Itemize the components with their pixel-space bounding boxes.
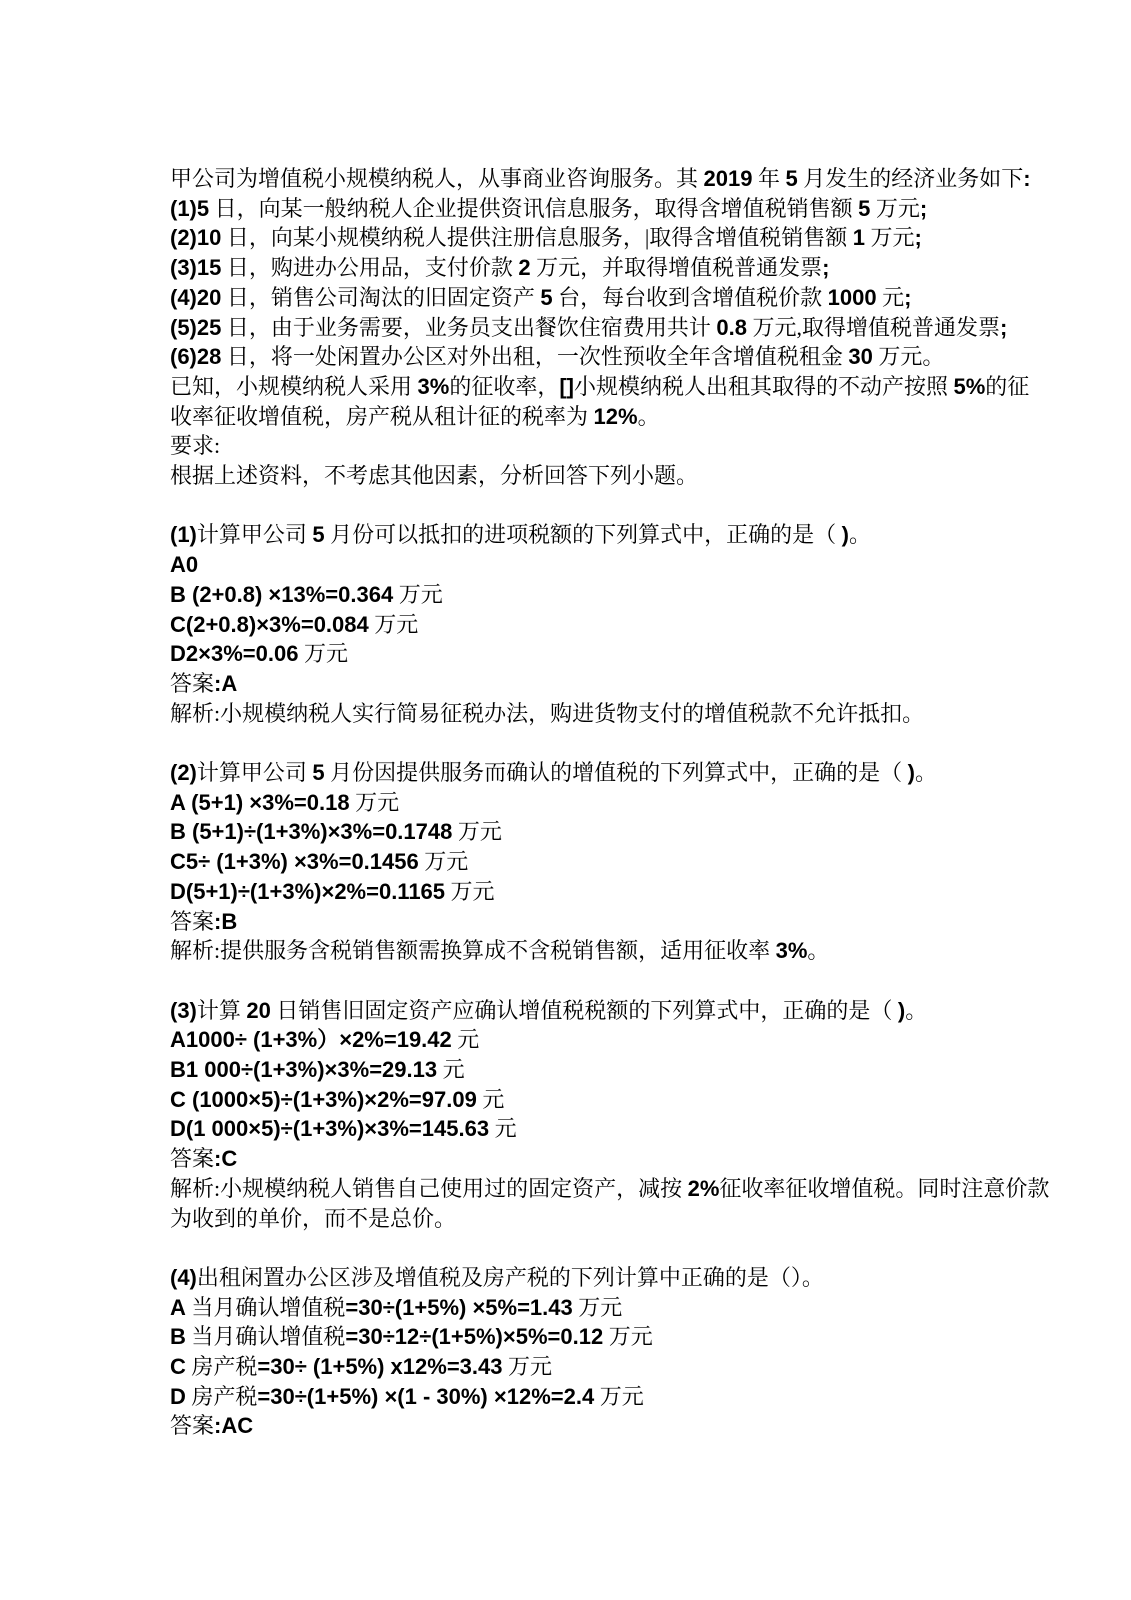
bold-text-run: B1 000÷(1+3%)×3%=29.13	[170, 1057, 437, 1082]
bold-text-run: 5	[785, 166, 797, 191]
bold-text-run: =30÷(1+5%) ×5%=1.43	[345, 1295, 572, 1320]
question-4-option-c: C 房产税=30÷ (1+5%) x12%=3.43 万元	[170, 1352, 970, 1382]
bold-text-run: (1)	[170, 522, 197, 547]
bold-text-run: 1	[853, 225, 865, 250]
bold-text-run: :C	[214, 1146, 237, 1171]
text-run: 当月确认增值税	[186, 1295, 346, 1320]
text-run: 出租闲置办公区涉及增值税及房产税的下列计算中正确的是（）。	[197, 1265, 824, 1290]
question-4-option-b: B 当月确认增值税=30÷12÷(1+5%)×5%=0.12 万元	[170, 1322, 970, 1352]
text-run: 万元	[870, 196, 920, 221]
question-2-option-d: D(5+1)÷(1+3%)×2%=0.1165 万元	[170, 877, 970, 907]
bold-text-run: 2	[518, 255, 530, 280]
bold-text-run: 12%	[594, 404, 638, 429]
text-run: 。	[915, 760, 937, 785]
bold-text-run: 5	[312, 760, 324, 785]
bold-text-run: :	[1023, 166, 1030, 191]
case-background-transaction-3: (3)15 日，购进办公用品，支付价款 2 万元，并取得增值税普通发票;	[170, 253, 970, 283]
bold-text-run: ;	[822, 255, 829, 280]
text-run: 万元	[573, 1295, 623, 1320]
text-run: 日，由于业务需要，业务员支出餐饮住宿费用共计	[221, 315, 716, 340]
case-background: 甲公司为增值税小规模纳税人，从事商业咨询服务。其 2019 年 5 月发生的经济…	[170, 164, 970, 491]
question-2-option-b: B (5+1)÷(1+3%)×3%=0.1748 万元	[170, 817, 970, 847]
question-1-option-c: C(2+0.8)×3%=0.084 万元	[170, 610, 970, 640]
text-run: 元	[437, 1057, 465, 1082]
question-3-explanation-cont: 为收到的单价，而不是总价。	[170, 1204, 970, 1234]
question-3-explanation: 解析:小规模纳税人销售自己使用过的固定资产，减按 2%征收率征收增值税。同时注意…	[170, 1174, 970, 1204]
bold-text-run: D2×3%=0.06	[170, 641, 298, 666]
case-background-requirement-text: 根据上述资料，不考虑其他因素，分析回答下列小题。	[170, 461, 970, 491]
question-4: (4)出租闲置办公区涉及增值税及房产税的下列计算中正确的是（）。A 当月确认增值…	[170, 1263, 970, 1441]
text-run: 已知，小规模纳税人采用	[170, 374, 418, 399]
text-run: 计算	[197, 998, 247, 1023]
text-run: 解析:提供服务含税销售额需换算成不含税销售额，适用征收率	[170, 938, 776, 963]
text-run: 日，购进办公用品，支付价款	[221, 255, 518, 280]
document-page: 甲公司为增值税小规模纳税人，从事商业咨询服务。其 2019 年 5 月发生的经济…	[0, 0, 1131, 1600]
question-4-option-d: D 房产税=30÷(1+5%) ×(1 - 30%) ×12%=2.4 万元	[170, 1382, 970, 1412]
bold-text-run: C(2+0.8)×3%=0.084	[170, 612, 369, 637]
text-run: 答案	[170, 1146, 214, 1171]
text-run: 答案	[170, 671, 214, 696]
bold-text-run: 5	[858, 196, 870, 221]
bold-text-run: (4)	[170, 1265, 197, 1290]
question-1-stem: (1)计算甲公司 5 月份可以抵扣的进项税额的下列算式中，正确的是（ )。	[170, 520, 970, 550]
bold-text-run: 1000	[828, 285, 877, 310]
text-run: 日，向某小规模纳税人提供注册信息服务，|取得含增值税销售额	[221, 225, 852, 250]
text-run: 计算甲公司	[197, 522, 313, 547]
text-run: 万元	[503, 1354, 553, 1379]
bold-text-run: 20	[246, 998, 270, 1023]
question-2: (2)计算甲公司 5 月份因提供服务而确认的增值税的下列算式中，正确的是（ )。…	[170, 758, 970, 966]
bold-text-run: 5	[540, 285, 552, 310]
question-4-stem: (4)出租闲置办公区涉及增值税及房产税的下列计算中正确的是（）。	[170, 1263, 970, 1293]
text-run: 的征	[985, 374, 1029, 399]
bold-text-run: =30÷(1+5%) ×(1 - 30%) ×12%=2.4	[257, 1384, 594, 1409]
bold-text-run: ;	[904, 285, 911, 310]
text-run: 为收到的单价，而不是总价。	[170, 1206, 456, 1231]
bold-text-run: )	[908, 760, 915, 785]
bold-text-run: D(1 000×5)÷(1+3%)×3%=145.63	[170, 1116, 489, 1141]
question-3-answer: 答案:C	[170, 1144, 970, 1174]
bold-text-run: (5)25	[170, 315, 221, 340]
question-4-option-a: A 当月确认增值税=30÷(1+5%) ×5%=1.43 万元	[170, 1293, 970, 1323]
text-run: 万元	[445, 879, 495, 904]
bold-text-run: B (2+0.8) ×13%=0.364	[170, 582, 393, 607]
bold-text-run: 3%	[418, 374, 450, 399]
case-background-transaction-4: (4)20 日，销售公司淘汰的旧固定资产 5 台，每台收到含增值税价款 1000…	[170, 283, 970, 313]
question-2-option-a: A (5+1) ×3%=0.18 万元	[170, 788, 970, 818]
text-run: 万元	[452, 819, 502, 844]
case-background-requirement-label: 要求:	[170, 431, 970, 461]
text-run: 元	[452, 1027, 480, 1052]
case-background-transaction-5: (5)25 日，由于业务需要，业务员支出餐饮住宿费用共计 0.8 万元,取得增值…	[170, 313, 970, 343]
question-1: (1)计算甲公司 5 月份可以抵扣的进项税额的下列算式中，正确的是（ )。A0B…	[170, 520, 970, 728]
bold-text-run: 2%	[688, 1176, 720, 1201]
bold-text-run: ;	[1000, 315, 1007, 340]
text-run: 房产税	[186, 1384, 258, 1409]
question-3-option-b: B1 000÷(1+3%)×3%=29.13 元	[170, 1055, 970, 1085]
bold-text-run: D	[170, 1384, 186, 1409]
case-background-case-intro: 甲公司为增值税小规模纳税人，从事商业咨询服务。其 2019 年 5 月发生的经济…	[170, 164, 970, 194]
case-background-known-conditions-line-1: 已知，小规模纳税人采用 3%的征收率，[]小规模纳税人出租其取得的不动产按照 5…	[170, 372, 970, 402]
text-run: 当月确认增值税	[186, 1324, 346, 1349]
question-2-explanation: 解析:提供服务含税销售额需换算成不含税销售额，适用征收率 3%。	[170, 936, 970, 966]
case-background-transaction-2: (2)10 日，向某小规模纳税人提供注册信息服务，|取得含增值税销售额 1 万元…	[170, 223, 970, 253]
text-run: 根据上述资料，不考虑其他因素，分析回答下列小题。	[170, 463, 698, 488]
question-1-option-a: A0	[170, 550, 970, 580]
text-run: 甲公司为增值税小规模纳税人，从事商业咨询服务。其	[170, 166, 704, 191]
text-run: 万元，并取得增值税普通发票	[531, 255, 823, 280]
text-run: 月发生的经济业务如下	[798, 166, 1024, 191]
question-3-option-c: C (1000×5)÷(1+3%)×2%=97.09 元	[170, 1085, 970, 1115]
question-3-option-d: D(1 000×5)÷(1+3%)×3%=145.63 元	[170, 1114, 970, 1144]
text-run: 。	[905, 998, 927, 1023]
text-run: 万元	[594, 1384, 644, 1409]
bold-text-run: C5÷ (1+3%) ×3%=0.1456	[170, 849, 419, 874]
question-1-answer: 答案:A	[170, 669, 970, 699]
text-run: 征收率征收增值税。同时注意价款	[719, 1176, 1049, 1201]
bold-text-run: 5	[312, 522, 324, 547]
text-run: 。	[807, 938, 829, 963]
bold-text-run: A (5+1) ×3%=0.18	[170, 790, 350, 815]
text-run: 万元	[298, 641, 348, 666]
text-run: 万元	[865, 225, 915, 250]
text-run: 万元	[393, 582, 443, 607]
bold-text-run: ;	[920, 196, 927, 221]
question-3: (3)计算 20 日销售旧固定资产应确认增值税税额的下列算式中，正确的是（ )。…	[170, 996, 970, 1234]
question-2-stem: (2)计算甲公司 5 月份因提供服务而确认的增值税的下列算式中，正确的是（ )。	[170, 758, 970, 788]
text-run: 万元	[419, 849, 469, 874]
text-run: 答案	[170, 1413, 214, 1438]
text-run: 收率征收增值税，房产税从租计征的税率为	[170, 404, 594, 429]
bold-text-run: (1)5	[170, 196, 209, 221]
bold-text-run: :A	[214, 671, 237, 696]
question-1-option-d: D2×3%=0.06 万元	[170, 639, 970, 669]
bold-text-run: 3%	[776, 938, 808, 963]
question-2-option-c: C5÷ (1+3%) ×3%=0.1456 万元	[170, 847, 970, 877]
text-run: 要求:	[170, 433, 220, 458]
text-run: 万元	[350, 790, 400, 815]
bold-text-run: A1000÷ (1+3%）×2%=19.42	[170, 1027, 452, 1052]
bold-text-run: (2)	[170, 760, 197, 785]
case-background-transaction-1: (1)5 日，向某一般纳税人企业提供资讯信息服务，取得含增值税销售额 5 万元;	[170, 194, 970, 224]
text-run: 月份因提供服务而确认的增值税的下列算式中，正确的是（	[325, 760, 908, 785]
bold-text-run: (3)15	[170, 255, 221, 280]
text-run: 万元	[603, 1324, 653, 1349]
text-run: 月份可以抵扣的进项税额的下列算式中，正确的是（	[325, 522, 842, 547]
bold-text-run: =30÷ (1+5%) x12%=3.43	[257, 1354, 502, 1379]
text-run: 小规模纳税人出租其取得的不动产按照	[574, 374, 954, 399]
text-run: 解析:小规模纳税人实行简易征税办法，购进货物支付的增值税款不允许抵扣。	[170, 701, 924, 726]
question-2-answer: 答案:B	[170, 907, 970, 937]
question-4-answer: 答案:AC	[170, 1411, 970, 1441]
bold-text-run: A	[170, 1295, 186, 1320]
bold-text-run: )	[842, 522, 849, 547]
bold-text-run: (3)	[170, 998, 197, 1023]
text-run: 万元	[369, 612, 419, 637]
bold-text-run: 5%	[954, 374, 986, 399]
text-run: 。	[849, 522, 871, 547]
text-run: 日，将一处闲置办公区对外出租，一次性预收全年含增值税租金	[221, 344, 848, 369]
bold-text-run: B (5+1)÷(1+3%)×3%=0.1748	[170, 819, 452, 844]
bold-text-run: (6)28	[170, 344, 221, 369]
bold-text-run: D(5+1)÷(1+3%)×2%=0.1165	[170, 879, 445, 904]
text-run: 。	[638, 404, 660, 429]
text-run: 解析:小规模纳税人销售自己使用过的固定资产，减按	[170, 1176, 688, 1201]
text-run: 元	[477, 1087, 505, 1112]
text-run: 计算甲公司	[197, 760, 313, 785]
bold-text-run: B	[170, 1324, 186, 1349]
text-run: 台，每台收到含增值税价款	[553, 285, 828, 310]
bold-text-run: :B	[214, 909, 237, 934]
text-run: 日销售旧固定资产应确认增值税税额的下列算式中，正确的是（	[271, 998, 898, 1023]
text-run: 答案	[170, 909, 214, 934]
bold-text-run: :AC	[214, 1413, 253, 1438]
bold-text-run: 0.8	[716, 315, 747, 340]
bold-text-run: C (1000×5)÷(1+3%)×2%=97.09	[170, 1087, 477, 1112]
text-run: 万元。	[873, 344, 945, 369]
case-background-transaction-6: (6)28 日，将一处闲置办公区对外出租，一次性预收全年含增值税租金 30 万元…	[170, 342, 970, 372]
text-run: 万元,取得增值税普通发票	[747, 315, 1000, 340]
bold-text-run: (2)10	[170, 225, 221, 250]
text-run: 元	[877, 285, 905, 310]
text-run: 年	[752, 166, 785, 191]
document-content: 甲公司为增值税小规模纳税人，从事商业咨询服务。其 2019 年 5 月发生的经济…	[170, 164, 970, 1441]
case-background-known-conditions-line-2: 收率征收增值税，房产税从租计征的税率为 12%。	[170, 402, 970, 432]
bold-text-run: 30	[848, 344, 872, 369]
text-run: 的征收率，	[449, 374, 559, 399]
bold-text-run: 2019	[704, 166, 753, 191]
question-3-option-a: A1000÷ (1+3%）×2%=19.42 元	[170, 1025, 970, 1055]
text-run: 日，向某一般纳税人企业提供资讯信息服务，取得含增值税销售额	[209, 196, 858, 221]
text-run: 房产税	[186, 1354, 258, 1379]
bold-text-run: (4)20	[170, 285, 221, 310]
question-1-explanation: 解析:小规模纳税人实行简易征税办法，购进货物支付的增值税款不允许抵扣。	[170, 699, 970, 729]
bold-text-run: ;	[915, 225, 922, 250]
bold-text-run: C	[170, 1354, 186, 1379]
text-run: 元	[489, 1116, 517, 1141]
bold-text-run: []	[559, 374, 574, 399]
question-1-option-b: B (2+0.8) ×13%=0.364 万元	[170, 580, 970, 610]
text-run: 日，销售公司淘汰的旧固定资产	[221, 285, 540, 310]
question-3-stem: (3)计算 20 日销售旧固定资产应确认增值税税额的下列算式中，正确的是（ )。	[170, 996, 970, 1026]
bold-text-run: =30÷12÷(1+5%)×5%=0.12	[345, 1324, 603, 1349]
bold-text-run: A0	[170, 552, 198, 577]
